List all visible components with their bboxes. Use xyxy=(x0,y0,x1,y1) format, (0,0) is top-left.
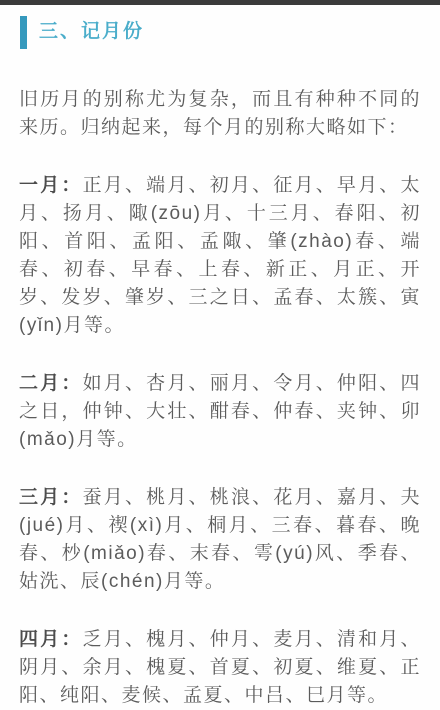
month-paragraph-january: 一月：正月、端月、初月、征月、早月、太月、扬月、陬(zōu)月、十三月、春阳、初… xyxy=(19,172,421,340)
month-paragraph-march: 三月：蚕月、桃月、桃浪、花月、嘉月、夬(jué)月、禊(xì)月、桐月、三春、暮… xyxy=(19,484,421,596)
month-label-february: 二月： xyxy=(19,373,83,394)
intro-paragraph: 旧历月的别称尤为复杂，而且有种种不同的来历。归纳起来，每个月的别称大略如下： xyxy=(19,86,421,142)
top-divider-bar xyxy=(0,0,440,5)
accent-bar xyxy=(20,16,27,49)
month-label-january: 一月： xyxy=(19,175,83,196)
month-label-april: 四月： xyxy=(19,629,83,650)
section-title: 三、记月份 xyxy=(39,14,144,50)
section-header: 三、记月份 xyxy=(20,14,440,50)
month-label-march: 三月： xyxy=(19,487,83,508)
month-names-january: 正月、端月、初月、征月、早月、太月、扬月、陬(zōu)月、十三月、春阳、初阳、首… xyxy=(19,175,421,336)
month-paragraph-april: 四月：乏月、槐月、仲月、麦月、清和月、阴月、余月、槐夏、首夏、初夏、维夏、正阳、… xyxy=(19,626,421,710)
month-paragraph-february: 二月：如月、杏月、丽月、令月、仲阳、四之日，仲钟、大壮、酣春、仲春、夹钟、卯(m… xyxy=(19,370,421,454)
article-body: 旧历月的别称尤为复杂，而且有种种不同的来历。归纳起来，每个月的别称大略如下： 一… xyxy=(0,86,440,710)
